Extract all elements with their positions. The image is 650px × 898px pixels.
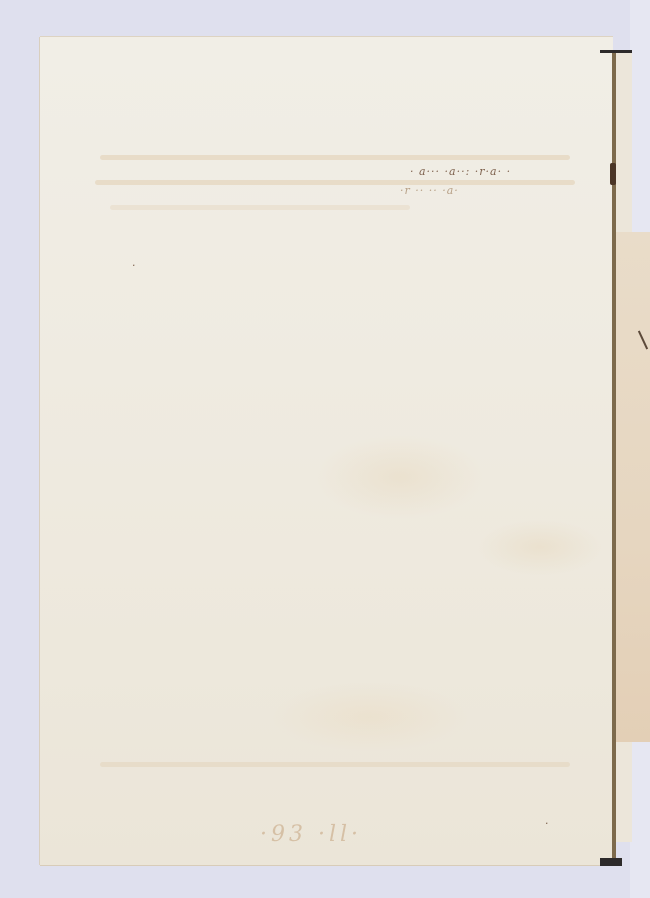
mount-corner-top	[600, 50, 632, 53]
ink-line-1: · a··· ·a··: ·r·a· ·	[410, 165, 511, 178]
ink-line-2: ·r ·· ·· ·a·	[400, 184, 459, 197]
margin-dot: ·	[132, 259, 137, 272]
folio-number-bleed: ·93 ·ll·	[260, 822, 362, 847]
bleed-through-line	[100, 155, 570, 160]
manuscript-page: · a··· ·a··: ·r·a· · ·r ·· ·· ·a· · · ·9…	[40, 37, 613, 865]
bleed-through-line	[95, 180, 575, 185]
mount-corner-bottom	[600, 858, 622, 866]
binding-clasp	[610, 163, 616, 185]
bleed-through-line	[110, 205, 410, 210]
tan-paper-slip	[616, 232, 650, 742]
bleed-through-line	[100, 762, 570, 767]
margin-dot: ·	[545, 817, 550, 830]
